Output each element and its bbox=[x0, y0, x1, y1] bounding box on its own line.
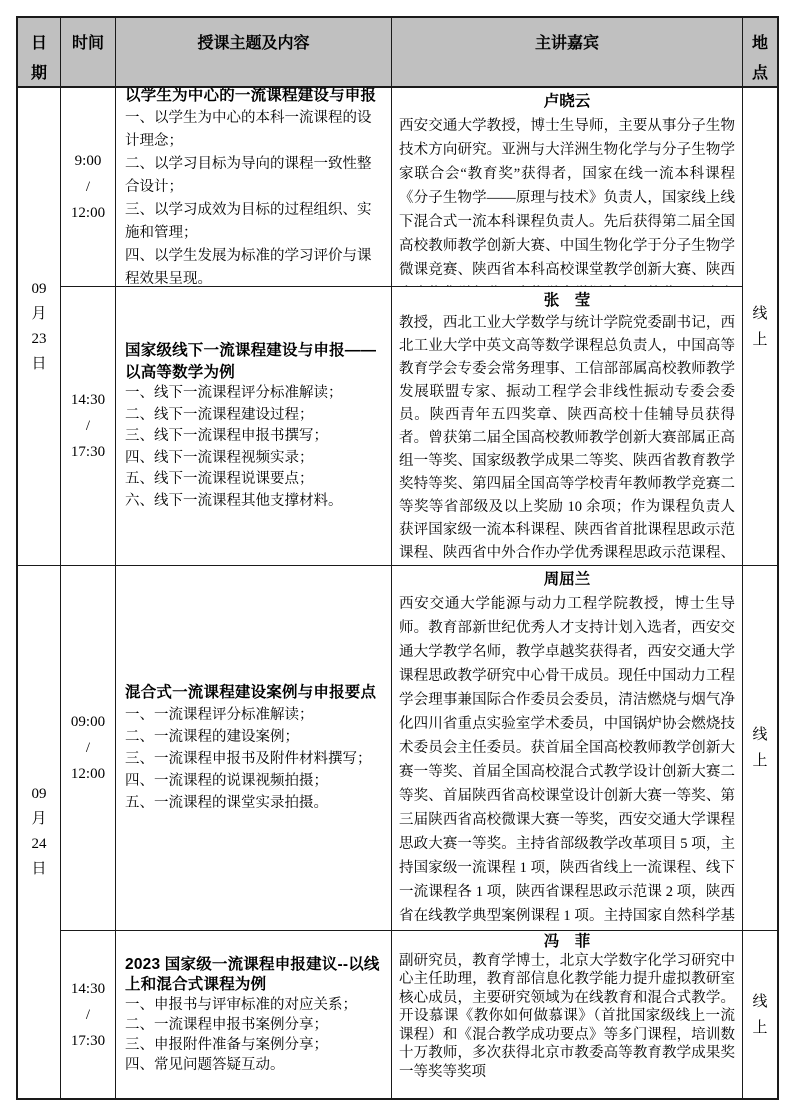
topic-item: 二、以学习目标为导向的课程一致性整合设计； bbox=[125, 153, 383, 199]
header-location: 地 点 bbox=[743, 18, 777, 88]
time-cell: 14:30 / 17:30 bbox=[61, 287, 116, 566]
speaker-name: 周屈兰 bbox=[399, 568, 735, 592]
topic-item: 四、线下一流课程视频实录； bbox=[125, 448, 383, 470]
page: { "header": { "col_date": "日\n期", "col_t… bbox=[0, 0, 799, 1115]
schedule-table: 日 期 时间 授课主题及内容 主讲嘉宾 地 点 09 月 23 日 9:00 /… bbox=[16, 16, 779, 1100]
time-cell: 9:00 / 12:00 bbox=[61, 88, 116, 287]
topic-item: 六、线下一流课程其他支撑材料。 bbox=[125, 491, 383, 513]
topic-cell: 2023 国家级一流课程申报建议--以线上和混合式课程为例 一、申报书与评审标准… bbox=[116, 931, 392, 1098]
topic-item: 三、申报附件准备与案例分享； bbox=[125, 1035, 383, 1055]
speaker-cell: 卢晓云 西安交通大学教授，博士生导师，主要从事分子生物技术方向研究。亚洲与大洋洲… bbox=[392, 88, 743, 287]
header-time: 时间 bbox=[61, 18, 116, 88]
topic-cell: 混合式一流课程建设案例与申报要点 一、一流课程评分标准解读； 二、一流课程的建设… bbox=[116, 566, 392, 931]
topic-item: 三、以学习成效为目标的过程组织、实施和管理； bbox=[125, 199, 383, 245]
topic-title: 2023 国家级一流课程申报建议--以线上和混合式课程为例 bbox=[125, 955, 383, 995]
topic-title: 以学生为中心的一流课程建设与申报 bbox=[125, 88, 383, 107]
topic-item: 五、一流课程的课堂实录拍摄。 bbox=[125, 792, 383, 814]
header-date: 日 期 bbox=[18, 18, 61, 88]
topic-item: 一、申报书与评审标准的对应关系； bbox=[125, 995, 383, 1015]
date-cell-0924: 09 月 24 日 bbox=[18, 566, 61, 1098]
topic-title: 混合式一流课程建设案例与申报要点 bbox=[125, 682, 383, 704]
topic-item: 四、一流课程的说课视频拍摄； bbox=[125, 770, 383, 792]
topic-item: 三、一流课程申报书及附件材料撰写； bbox=[125, 748, 383, 770]
speaker-name: 张 莹 bbox=[399, 289, 735, 312]
topic-item: 一、线下一流课程评分标准解读； bbox=[125, 383, 383, 405]
topic-cell: 国家级线下一流课程建设与申报——以高等数学为例 一、线下一流课程评分标准解读； … bbox=[116, 287, 392, 566]
topic-item: 二、一流课程申报书案例分享； bbox=[125, 1015, 383, 1035]
topic-item: 三、线下一流课程申报书撰写； bbox=[125, 426, 383, 448]
header-topic: 授课主题及内容 bbox=[116, 18, 392, 88]
topic-item: 四、以学生发展为标准的学习评价与课程效果呈现。 bbox=[125, 245, 383, 288]
location-cell: 线 上 bbox=[743, 566, 777, 931]
location-cell: 线 上 bbox=[743, 88, 777, 566]
location-cell: 线 上 bbox=[743, 931, 777, 1098]
topic-item: 一、以学生为中心的本科一流课程的设计理念； bbox=[125, 107, 383, 153]
topic-item: 二、线下一流课程建设过程； bbox=[125, 405, 383, 427]
date-cell-0923: 09 月 23 日 bbox=[18, 88, 61, 566]
topic-title: 国家级线下一流课程建设与申报——以高等数学为例 bbox=[125, 340, 383, 383]
topic-item: 二、一流课程的建设案例； bbox=[125, 726, 383, 748]
topic-item: 五、线下一流课程说课要点； bbox=[125, 469, 383, 491]
header-speaker: 主讲嘉宾 bbox=[392, 18, 743, 88]
speaker-bio: 西安交通大学能源与动力工程学院教授，博士生导师。教育部新世纪优秀人才支持计划入选… bbox=[399, 592, 735, 931]
speaker-cell: 冯 菲 副研究员，教育学博士，北京大学数字化学习研究中心主任助理，教育部信息化教… bbox=[392, 931, 743, 1098]
speaker-name: 冯 菲 bbox=[399, 933, 735, 952]
topic-item: 四、常见问题答疑互动。 bbox=[125, 1055, 383, 1075]
speaker-cell: 周屈兰 西安交通大学能源与动力工程学院教授，博士生导师。教育部新世纪优秀人才支持… bbox=[392, 566, 743, 931]
speaker-bio: 教授，西北工业大学数学与统计学院党委副书记，西北工业大学中英文高等数学课程总负责… bbox=[399, 312, 735, 566]
speaker-bio: 副研究员，教育学博士，北京大学数字化学习研究中心主任助理，教育部信息化教学能力提… bbox=[399, 952, 735, 1082]
topic-cell: 以学生为中心的一流课程建设与申报 一、以学生为中心的本科一流课程的设计理念； 二… bbox=[116, 88, 392, 287]
topic-item: 一、一流课程评分标准解读； bbox=[125, 704, 383, 726]
speaker-name: 卢晓云 bbox=[399, 90, 735, 114]
time-cell: 09:00 / 12:00 bbox=[61, 566, 116, 931]
time-cell: 14:30 / 17:30 bbox=[61, 931, 116, 1098]
speaker-cell: 张 莹 教授，西北工业大学数学与统计学院党委副书记，西北工业大学中英文高等数学课… bbox=[392, 287, 743, 566]
speaker-bio: 西安交通大学教授，博士生导师，主要从事分子生物技术方向研究。亚洲与大洋洲生物化学… bbox=[399, 114, 735, 287]
